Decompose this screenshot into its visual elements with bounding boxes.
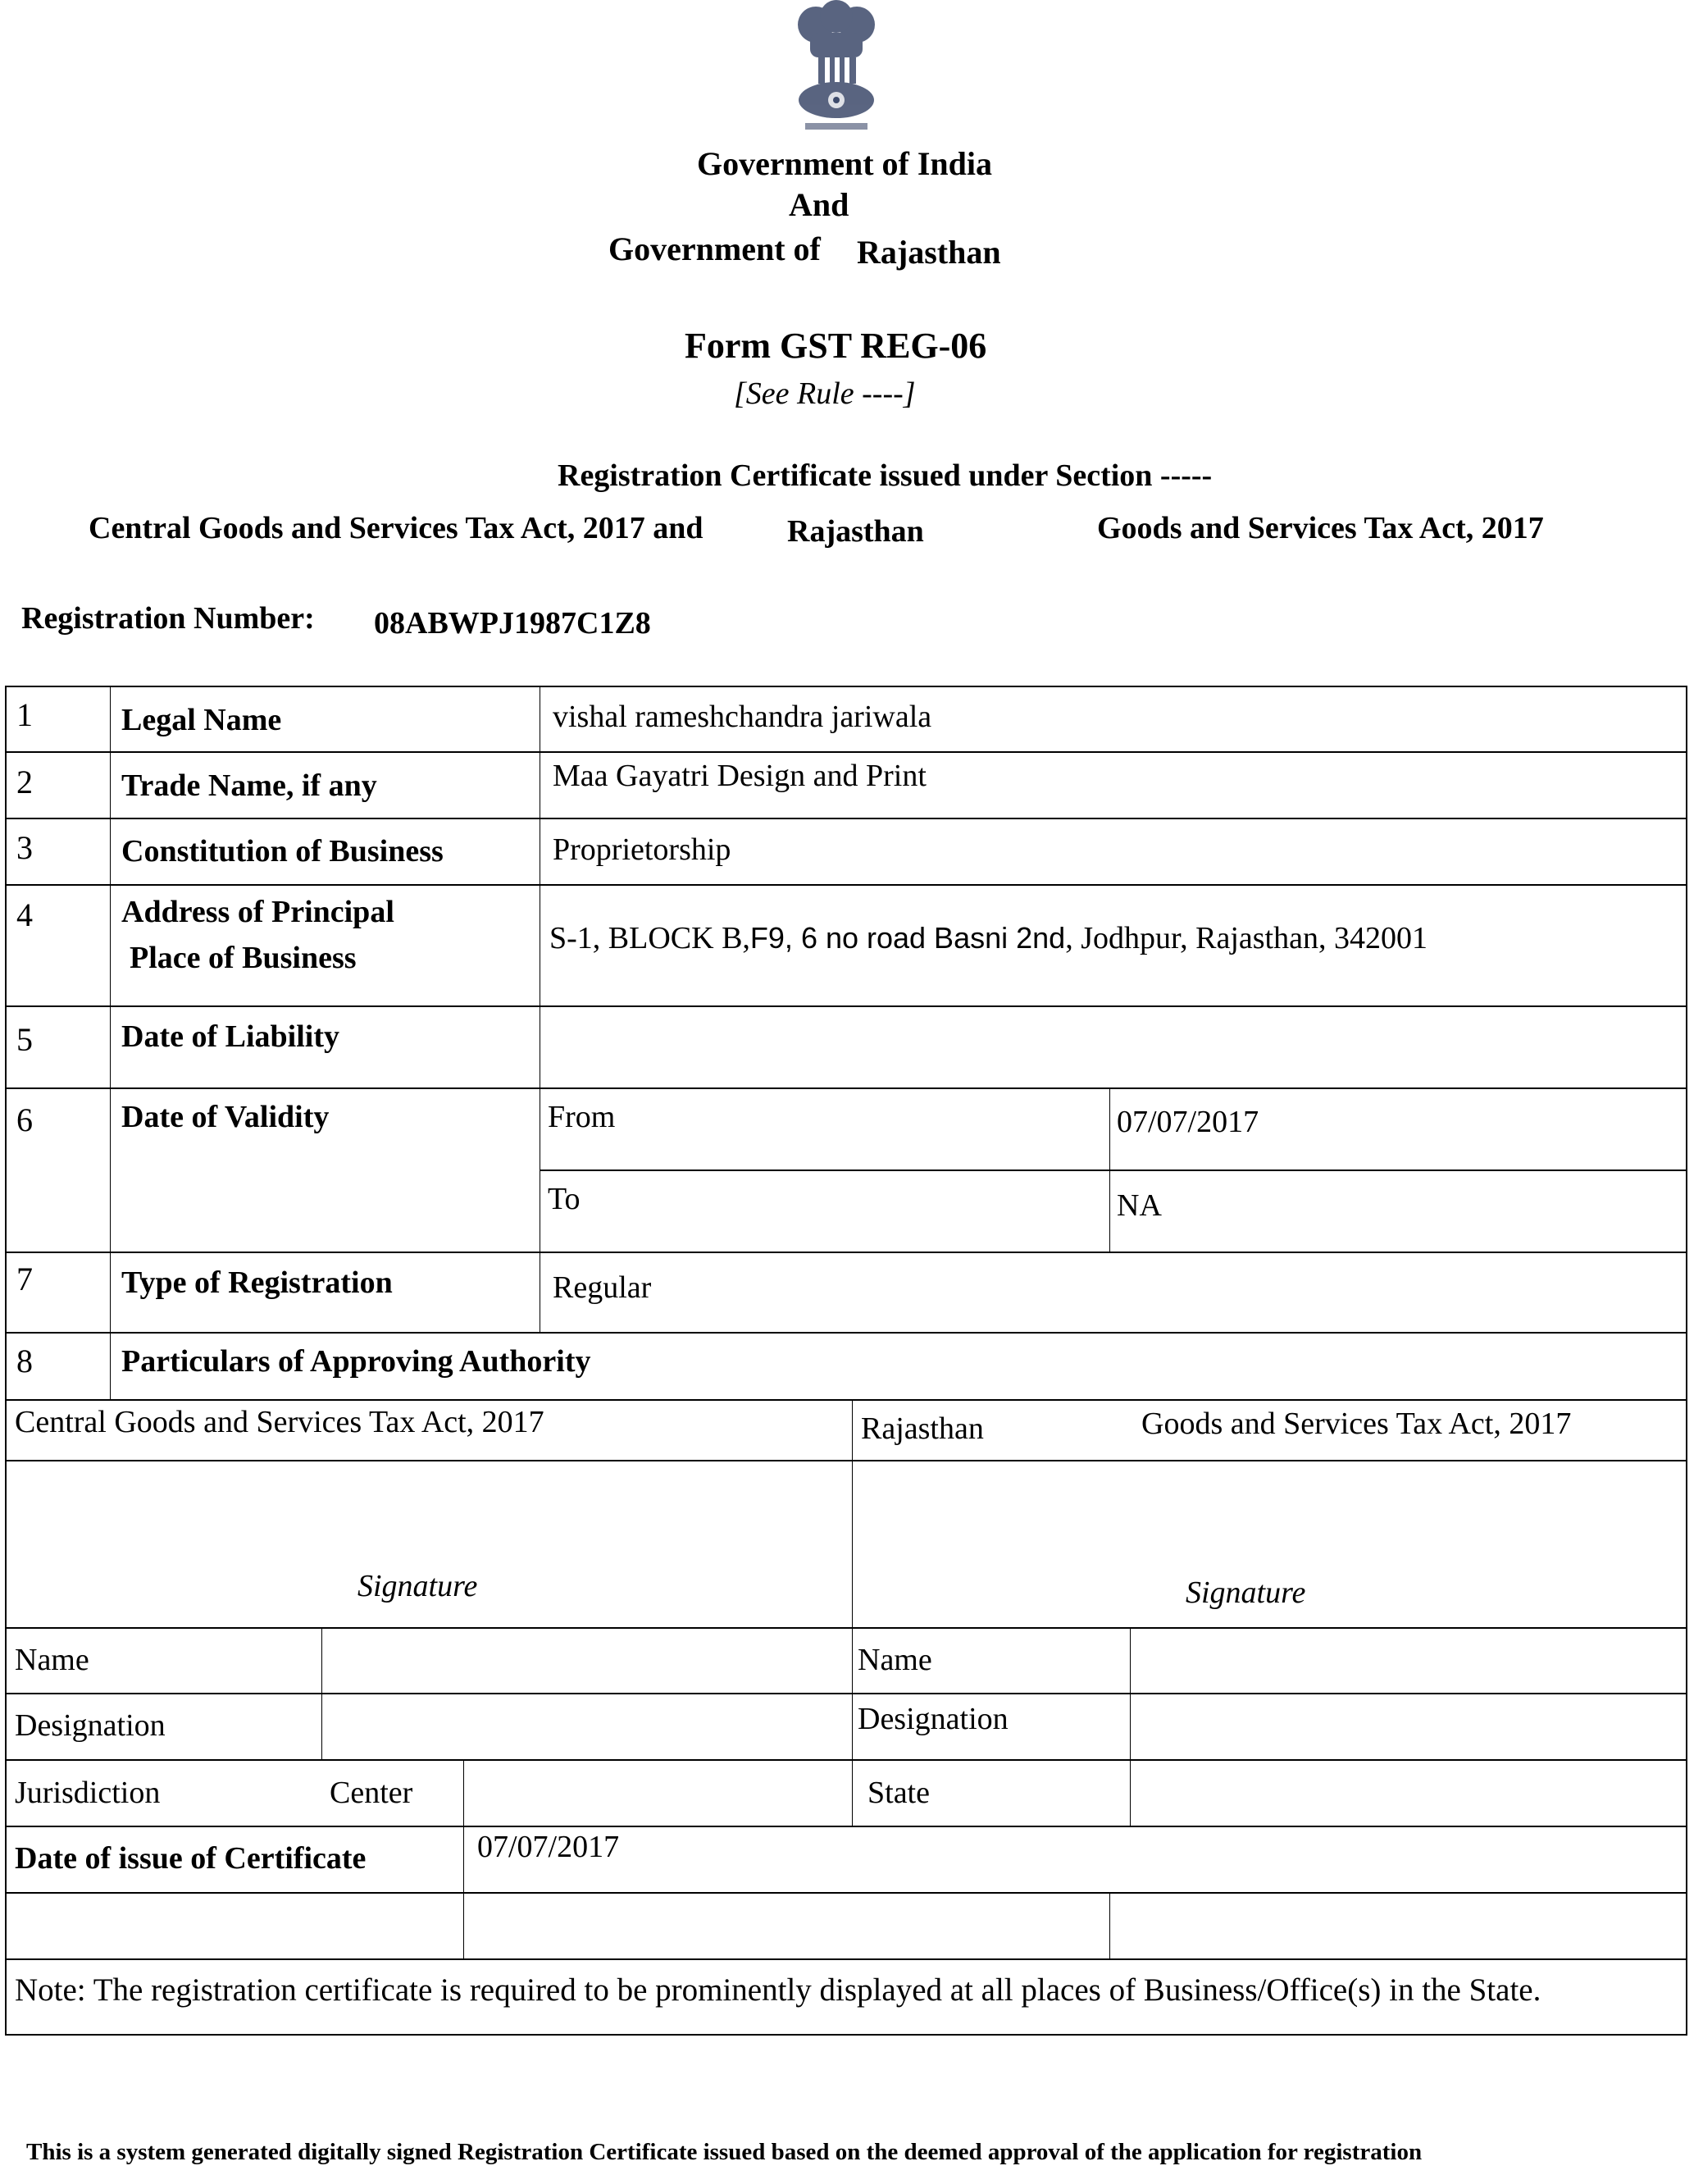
- label-from: From: [548, 1099, 615, 1135]
- form-title: Form GST REG-06: [685, 325, 986, 367]
- name-label-state: Name: [858, 1642, 932, 1678]
- label-legal-name: Legal Name: [121, 702, 281, 738]
- row-number: 1: [16, 695, 33, 734]
- center-label: Center: [330, 1775, 412, 1811]
- signature-state: Signature: [1186, 1575, 1305, 1611]
- label-trade-name: Trade Name, if any: [121, 768, 377, 804]
- row-number: 6: [16, 1101, 33, 1139]
- header-government-of: Government of: [608, 230, 821, 268]
- row-number: 3: [16, 828, 33, 867]
- row-number: 5: [16, 1020, 33, 1059]
- value-type-of-registration: Regular: [553, 1270, 651, 1306]
- name-label-central: Name: [15, 1642, 89, 1678]
- row-number: 7: [16, 1260, 33, 1298]
- value-trade-name: Maa Gayatri Design and Print: [553, 758, 927, 794]
- value-from-date: 07/07/2017: [1117, 1104, 1259, 1140]
- issue-date-label: Date of issue of Certificate: [15, 1840, 366, 1876]
- rule-reference: [See Rule ----]: [734, 376, 916, 412]
- header-state-name: Rajasthan: [857, 233, 1001, 271]
- row-number: 2: [16, 763, 33, 801]
- authority-state-act: Goods and Services Tax Act, 2017: [1141, 1406, 1571, 1442]
- label-to: To: [548, 1181, 581, 1217]
- display-note: Note: The registration certificate is re…: [15, 1972, 1541, 2008]
- state-label: State: [867, 1775, 930, 1811]
- value-to-date: NA: [1117, 1188, 1162, 1224]
- registration-number-label: Registration Number:: [21, 600, 315, 636]
- label-constitution: Constitution of Business: [121, 833, 444, 869]
- label-address-line1: Address of Principal: [121, 894, 394, 930]
- authority-central-act: Central Goods and Services Tax Act, 2017: [15, 1404, 544, 1440]
- designation-label-state: Designation: [858, 1701, 1009, 1737]
- header-government-india: Government of India: [697, 144, 992, 183]
- row-number: 4: [16, 896, 33, 934]
- label-type-of-registration: Type of Registration: [121, 1265, 393, 1301]
- designation-label-central: Designation: [15, 1708, 166, 1744]
- system-generated-footer: This is a system generated digitally sig…: [26, 2139, 1422, 2166]
- label-date-of-liability: Date of Liability: [121, 1019, 339, 1055]
- signature-central: Signature: [357, 1568, 477, 1604]
- header-and: And: [789, 185, 849, 224]
- national-emblem-icon: [787, 0, 886, 135]
- value-constitution: Proprietorship: [553, 832, 731, 868]
- label-approving-authority: Particulars of Approving Authority: [121, 1343, 591, 1379]
- row-number: 8: [16, 1342, 33, 1380]
- value-address: S-1, BLOCK B,F9, 6 no road Basni 2nd, Jo…: [549, 920, 1428, 956]
- jurisdiction-label: Jurisdiction: [15, 1775, 160, 1811]
- authority-state-name: Rajasthan: [861, 1411, 984, 1447]
- value-legal-name: vishal rameshchandra jariwala: [553, 699, 931, 735]
- certificate-title: Registration Certificate issued under Se…: [558, 458, 1212, 494]
- registration-number-value: 08ABWPJ1987C1Z8: [374, 605, 651, 641]
- act-central: Central Goods and Services Tax Act, 2017…: [89, 510, 704, 546]
- label-address-line2: Place of Business: [130, 940, 357, 976]
- issue-date-value: 07/07/2017: [477, 1829, 619, 1865]
- act-state: Goods and Services Tax Act, 2017: [1097, 510, 1544, 546]
- label-date-of-validity: Date of Validity: [121, 1099, 329, 1135]
- act-state-name: Rajasthan: [787, 513, 924, 549]
